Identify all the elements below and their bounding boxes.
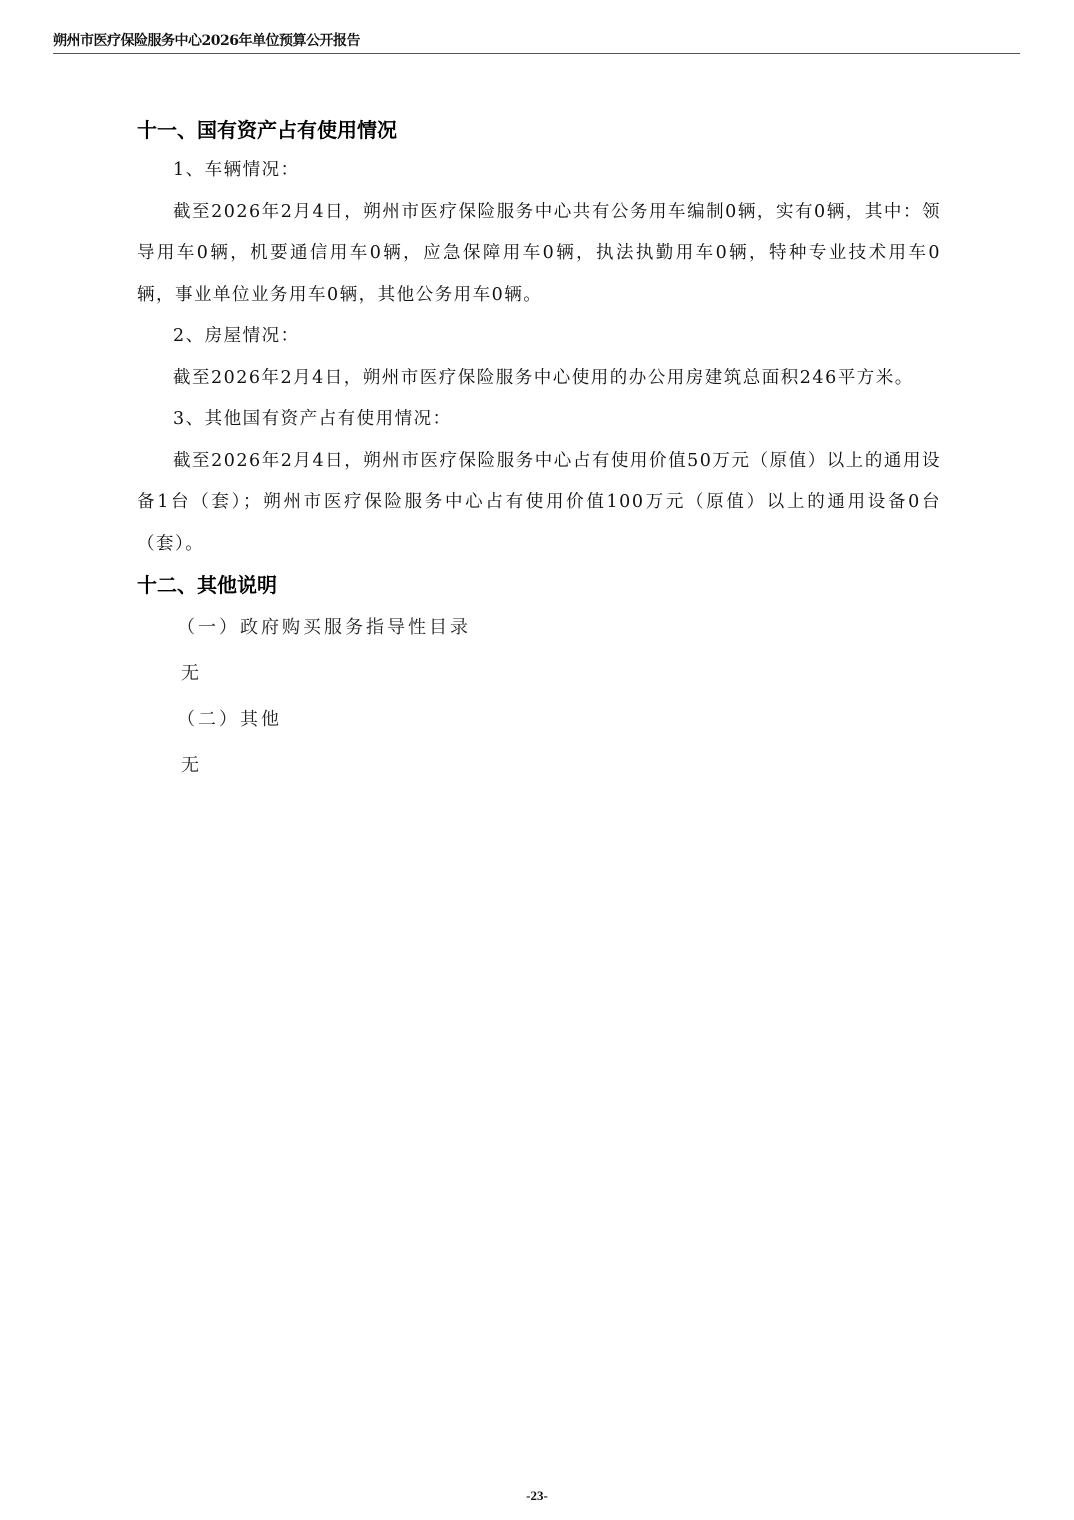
paragraph-vehicles: 截至2026年2月4日，朔州市医疗保险服务中心共有公务用车编制0辆，实有0辆，其… (137, 192, 941, 317)
paragraph-housing: 截至2026年2月4日，朔州市医疗保险服务中心使用的办公用房建筑总面积246平方… (137, 358, 941, 400)
value-other: 无 (137, 743, 941, 789)
page-number: -23- (0, 1488, 1074, 1504)
running-header-title: 朔州市医疗保险服务中心2026年单位预算公开报告 (53, 30, 360, 50)
header-divider (53, 53, 1020, 54)
value-procurement-catalog: 无 (137, 651, 941, 697)
subsection-heading-housing: 2、房屋情况： (137, 316, 941, 358)
document-body: 十一、国有资产占有使用情况 1、车辆情况： 截至2026年2月4日，朔州市医疗保… (137, 110, 941, 789)
subsection-heading-other: （二）其他 (137, 697, 941, 743)
subsection-heading-procurement-catalog: （一）政府购买服务指导性目录 (137, 605, 941, 651)
paragraph-other-assets: 截至2026年2月4日，朔州市医疗保险服务中心占有使用价值50万元（原值）以上的… (137, 441, 941, 566)
subsection-heading-other-assets: 3、其他国有资产占有使用情况： (137, 399, 941, 441)
subsection-heading-vehicles: 1、车辆情况： (137, 150, 941, 192)
section-title-other-notes: 十二、其他说明 (137, 565, 941, 605)
section-title-state-assets: 十一、国有资产占有使用情况 (137, 110, 941, 150)
